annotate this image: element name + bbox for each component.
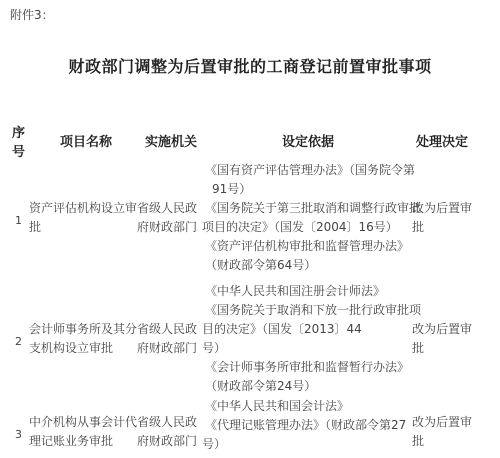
row-basis-line: 项目的决定》（国发〔2004〕16号） bbox=[202, 218, 421, 237]
row-name: 中介机构从事会计代 理记账业务审批 bbox=[29, 413, 137, 451]
row-basis-line: （财政部令第64号） bbox=[205, 256, 421, 275]
attachment-label: 附件3： bbox=[10, 6, 54, 23]
row-decision: 改为后置审 批 bbox=[412, 413, 472, 451]
row-decision-line: 批 bbox=[412, 218, 472, 237]
row-org: 省级人民政 府财政部门 bbox=[137, 199, 197, 237]
row-decision-line: 批 bbox=[412, 339, 472, 358]
row-name-line: 会计师事务所及其分 bbox=[29, 320, 137, 339]
row-org-line: 府财政部门 bbox=[137, 339, 197, 358]
row-org-line: 府财政部门 bbox=[137, 218, 197, 237]
row-decision: 改为后置审 批 bbox=[412, 199, 472, 237]
row-name-line: 批 bbox=[29, 218, 137, 237]
header-name: 项目名称 bbox=[60, 131, 112, 150]
row-basis: 《中华人民共和国会计法》 《代理记账管理办法》（财政部令第27 号） bbox=[203, 397, 406, 454]
row-name: 会计师事务所及其分 支机构设立审批 bbox=[29, 320, 137, 358]
row-basis-line: 《国有资产评估管理办法》（国务院令第 bbox=[205, 161, 421, 180]
row-seq: 3 bbox=[15, 428, 22, 441]
row-basis-line: 《资产评估机构审批和监督管理办法》 bbox=[205, 237, 421, 256]
row-seq: 1 bbox=[15, 214, 22, 227]
row-basis-line: 《会计师事务所审批和监督暂行办法》 bbox=[205, 358, 421, 377]
header-decision: 处理决定 bbox=[416, 131, 468, 150]
row-org-line: 省级人民政 bbox=[137, 320, 197, 339]
row-org: 省级人民政 府财政部门 bbox=[137, 320, 197, 358]
row-seq: 2 bbox=[15, 335, 22, 348]
row-basis-line: 《国务院关于第三批取消和调整行政审批 bbox=[205, 199, 421, 218]
row-basis-line: （财政部令第24号） bbox=[205, 377, 421, 396]
row-org-line: 府财政部门 bbox=[137, 432, 197, 451]
row-name-line: 资产评估机构设立审 bbox=[29, 199, 137, 218]
row-basis-line: 《国务院关于取消和下放一批行政审批项 bbox=[205, 301, 421, 320]
row-basis-line: 目的决定》（国发〔2013〕44 bbox=[202, 320, 421, 339]
row-decision-line: 改为后置审 bbox=[412, 413, 472, 432]
row-name-line: 中介机构从事会计代 bbox=[29, 413, 137, 432]
page-title: 财政部门调整为后置审批的工商登记前置审批事项 bbox=[0, 54, 500, 77]
header-seq-line1: 序 bbox=[12, 122, 25, 141]
row-name-line: 理记账业务审批 bbox=[29, 432, 137, 451]
row-decision: 改为后置审 批 bbox=[412, 320, 472, 358]
row-name: 资产评估机构设立审 批 bbox=[29, 199, 137, 237]
row-name-line: 支机构设立审批 bbox=[29, 339, 137, 358]
row-basis-line: 号） bbox=[202, 339, 421, 358]
header-org: 实施机关 bbox=[145, 131, 197, 150]
row-basis: 《国有资产评估管理办法》（国务院令第 91号） 《国务院关于第三批取消和调整行政… bbox=[203, 161, 421, 275]
row-decision-line: 改为后置审 bbox=[412, 199, 472, 218]
row-decision-line: 改为后置审 bbox=[412, 320, 472, 339]
row-basis-line: 91号） bbox=[212, 180, 421, 199]
row-basis-line: 号） bbox=[202, 435, 406, 454]
row-basis-line: 《中华人民共和国会计法》 bbox=[205, 397, 406, 416]
row-basis: 《中华人民共和国注册会计师法》 《国务院关于取消和下放一批行政审批项 目的决定》… bbox=[203, 282, 421, 396]
row-org-line: 省级人民政 bbox=[137, 413, 197, 432]
row-org-line: 省级人民政 bbox=[137, 199, 197, 218]
header-basis: 设定依据 bbox=[282, 131, 334, 150]
row-basis-line: 《代理记账管理办法》（财政部令第27 bbox=[205, 416, 406, 435]
header-seq-line2: 号 bbox=[12, 141, 25, 160]
row-org: 省级人民政 府财政部门 bbox=[137, 413, 197, 451]
row-decision-line: 批 bbox=[412, 432, 472, 451]
row-basis-line: 《中华人民共和国注册会计师法》 bbox=[205, 282, 421, 301]
